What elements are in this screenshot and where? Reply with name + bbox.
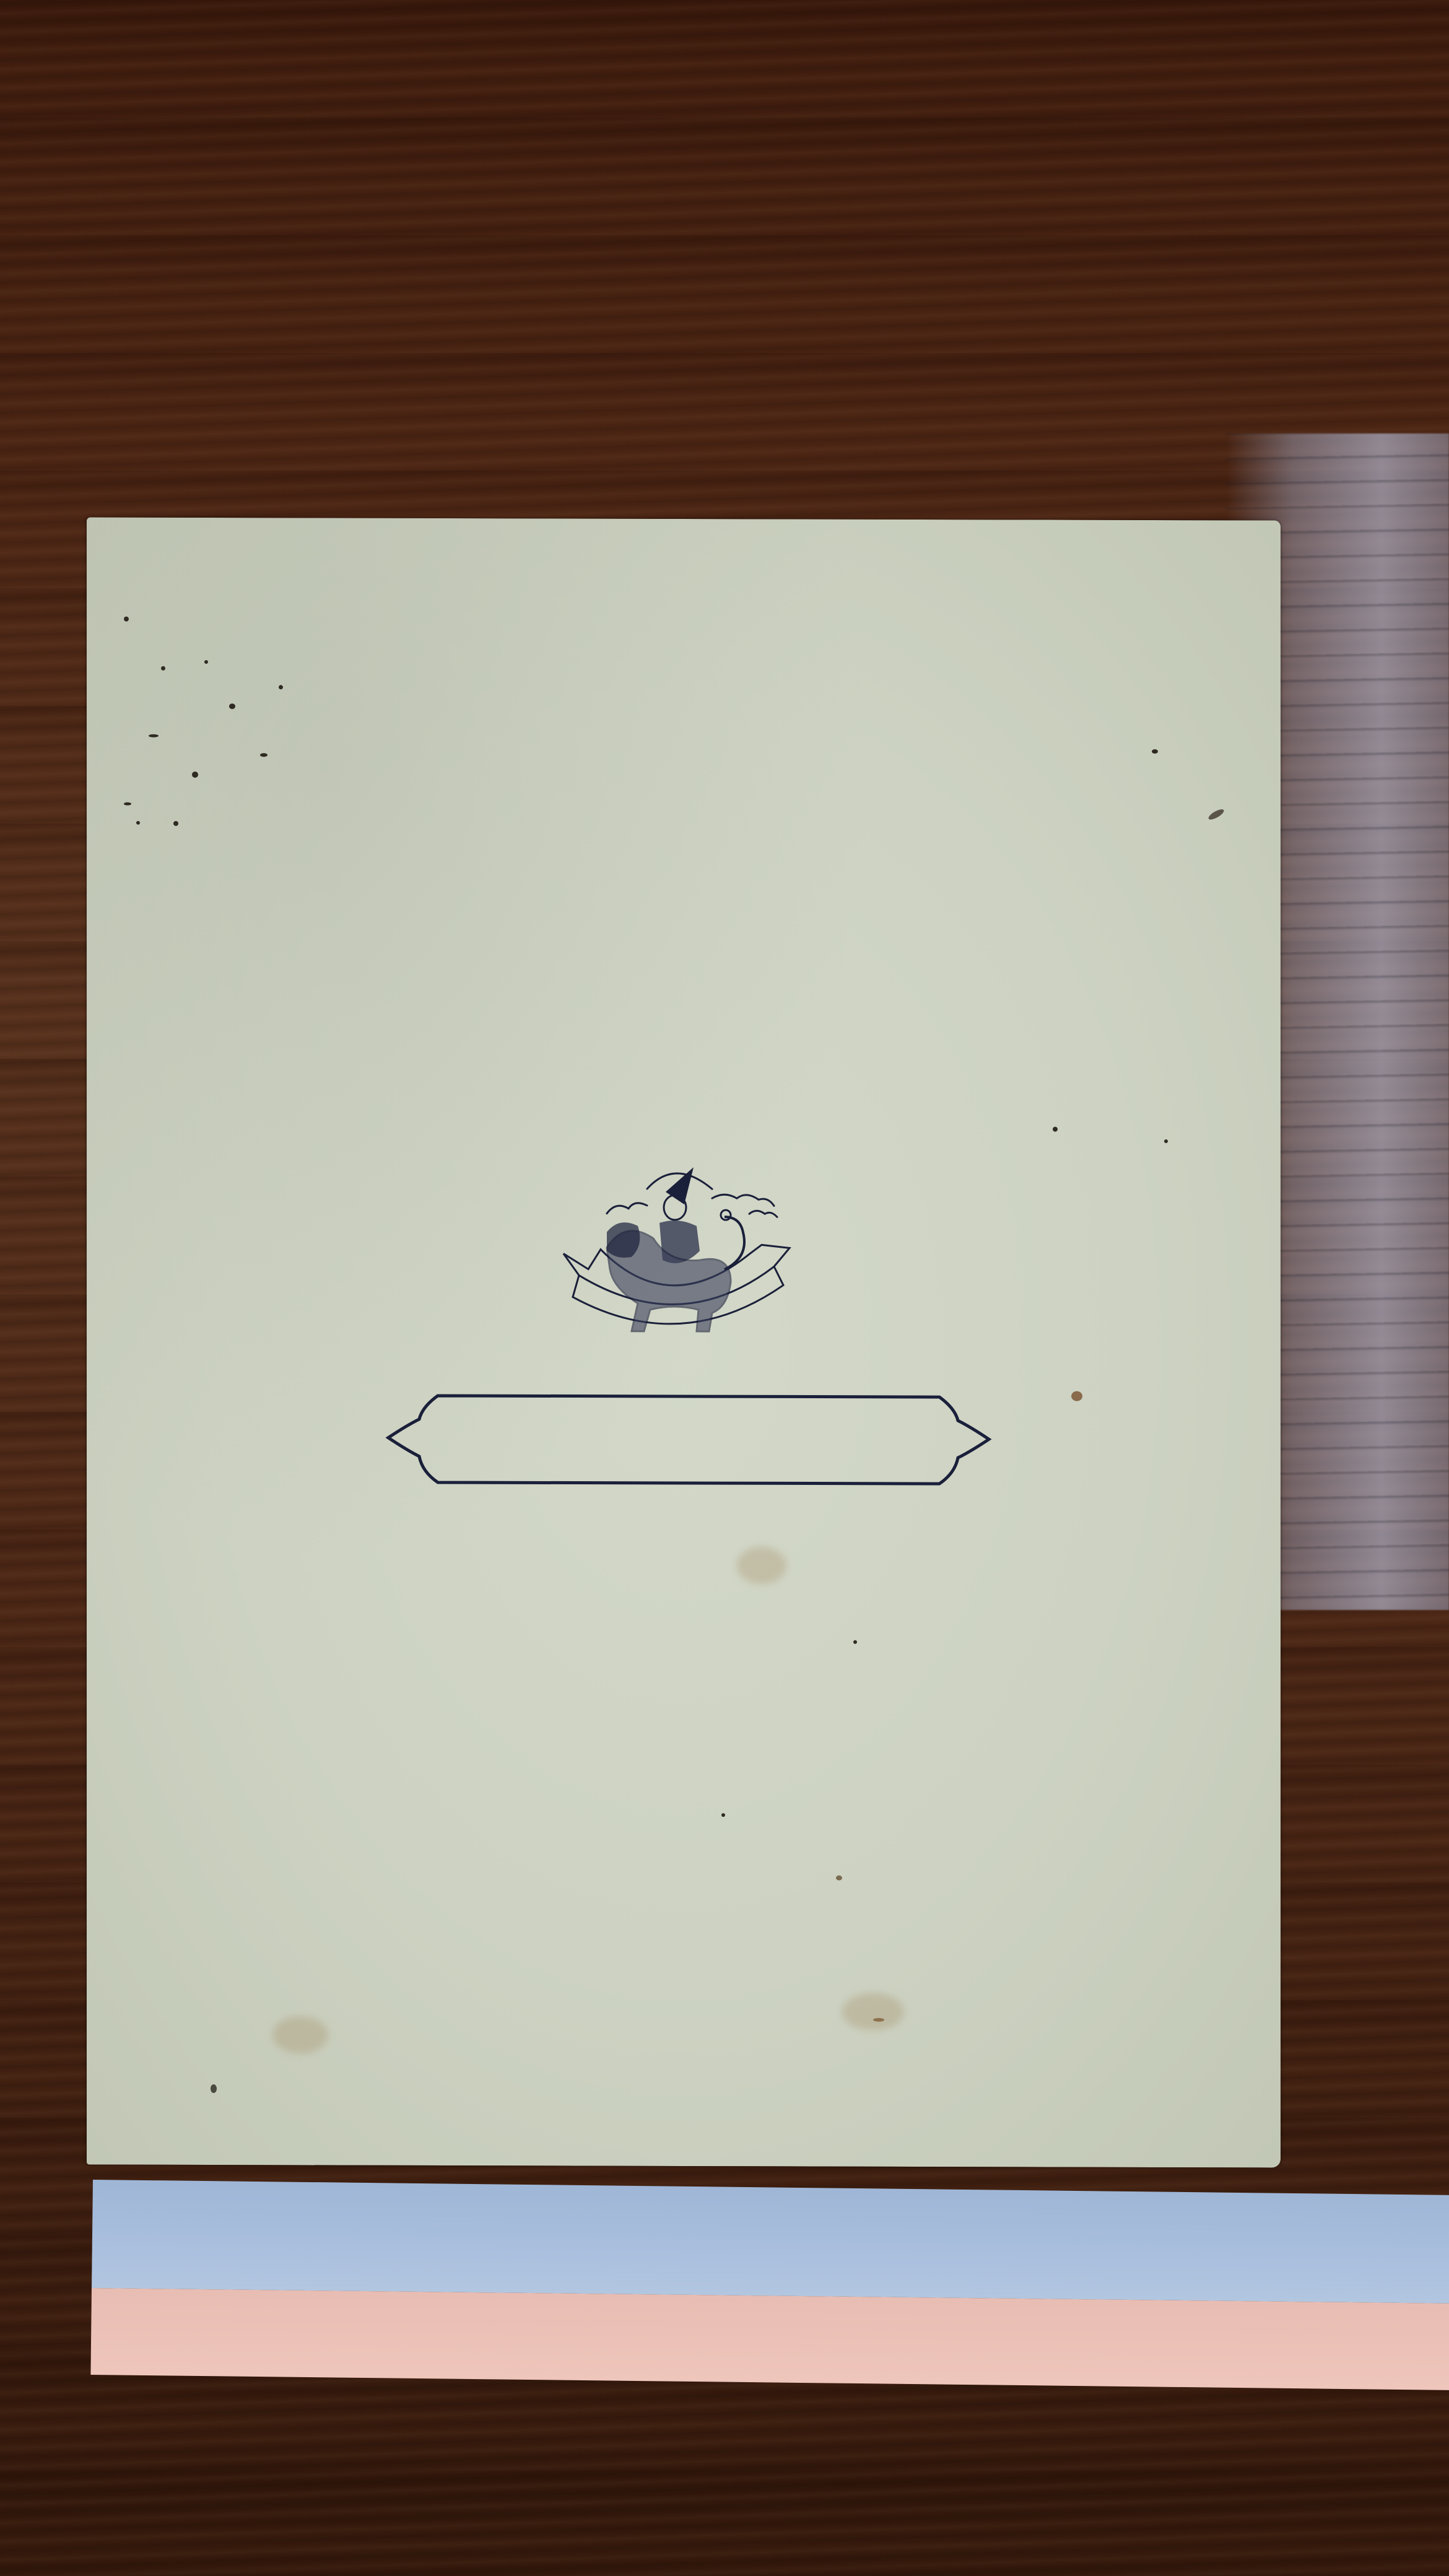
foxing-spot [1207,807,1225,822]
foxing-spot [721,1813,725,1817]
foxing-spot [260,753,268,757]
foxing-spot [1164,1139,1168,1143]
ruler-cm-scale [92,2180,1449,2304]
stain [842,1993,904,2030]
foxing-spot [173,821,178,826]
royal-emblem-icon [545,1145,805,1381]
ruler-inch-scale [90,2288,1449,2390]
foxing-spot [1152,749,1158,754]
foxing-spot [124,803,131,806]
measuring-ruler [90,2180,1449,2424]
foxing-spot [853,1640,857,1644]
foxing-spot [1053,1127,1058,1132]
stain [272,2016,328,2053]
foxing-spot [279,685,283,689]
stain [737,1547,786,1584]
booklet-back-cover [87,517,1281,2167]
foxing-spot [136,821,140,825]
publisher-imprint [379,1382,998,1495]
foxing-spot [161,666,165,671]
foxing-spot [149,734,159,738]
foxing-spot [192,772,198,778]
foxing-spot [1071,1391,1082,1401]
foxing-spot [211,2084,217,2093]
foxing-spot [836,1876,842,1881]
ornate-frame-icon [379,1382,998,1495]
foxing-spot [124,617,129,622]
foxing-spot [229,703,235,709]
foxing-spot [204,660,208,664]
